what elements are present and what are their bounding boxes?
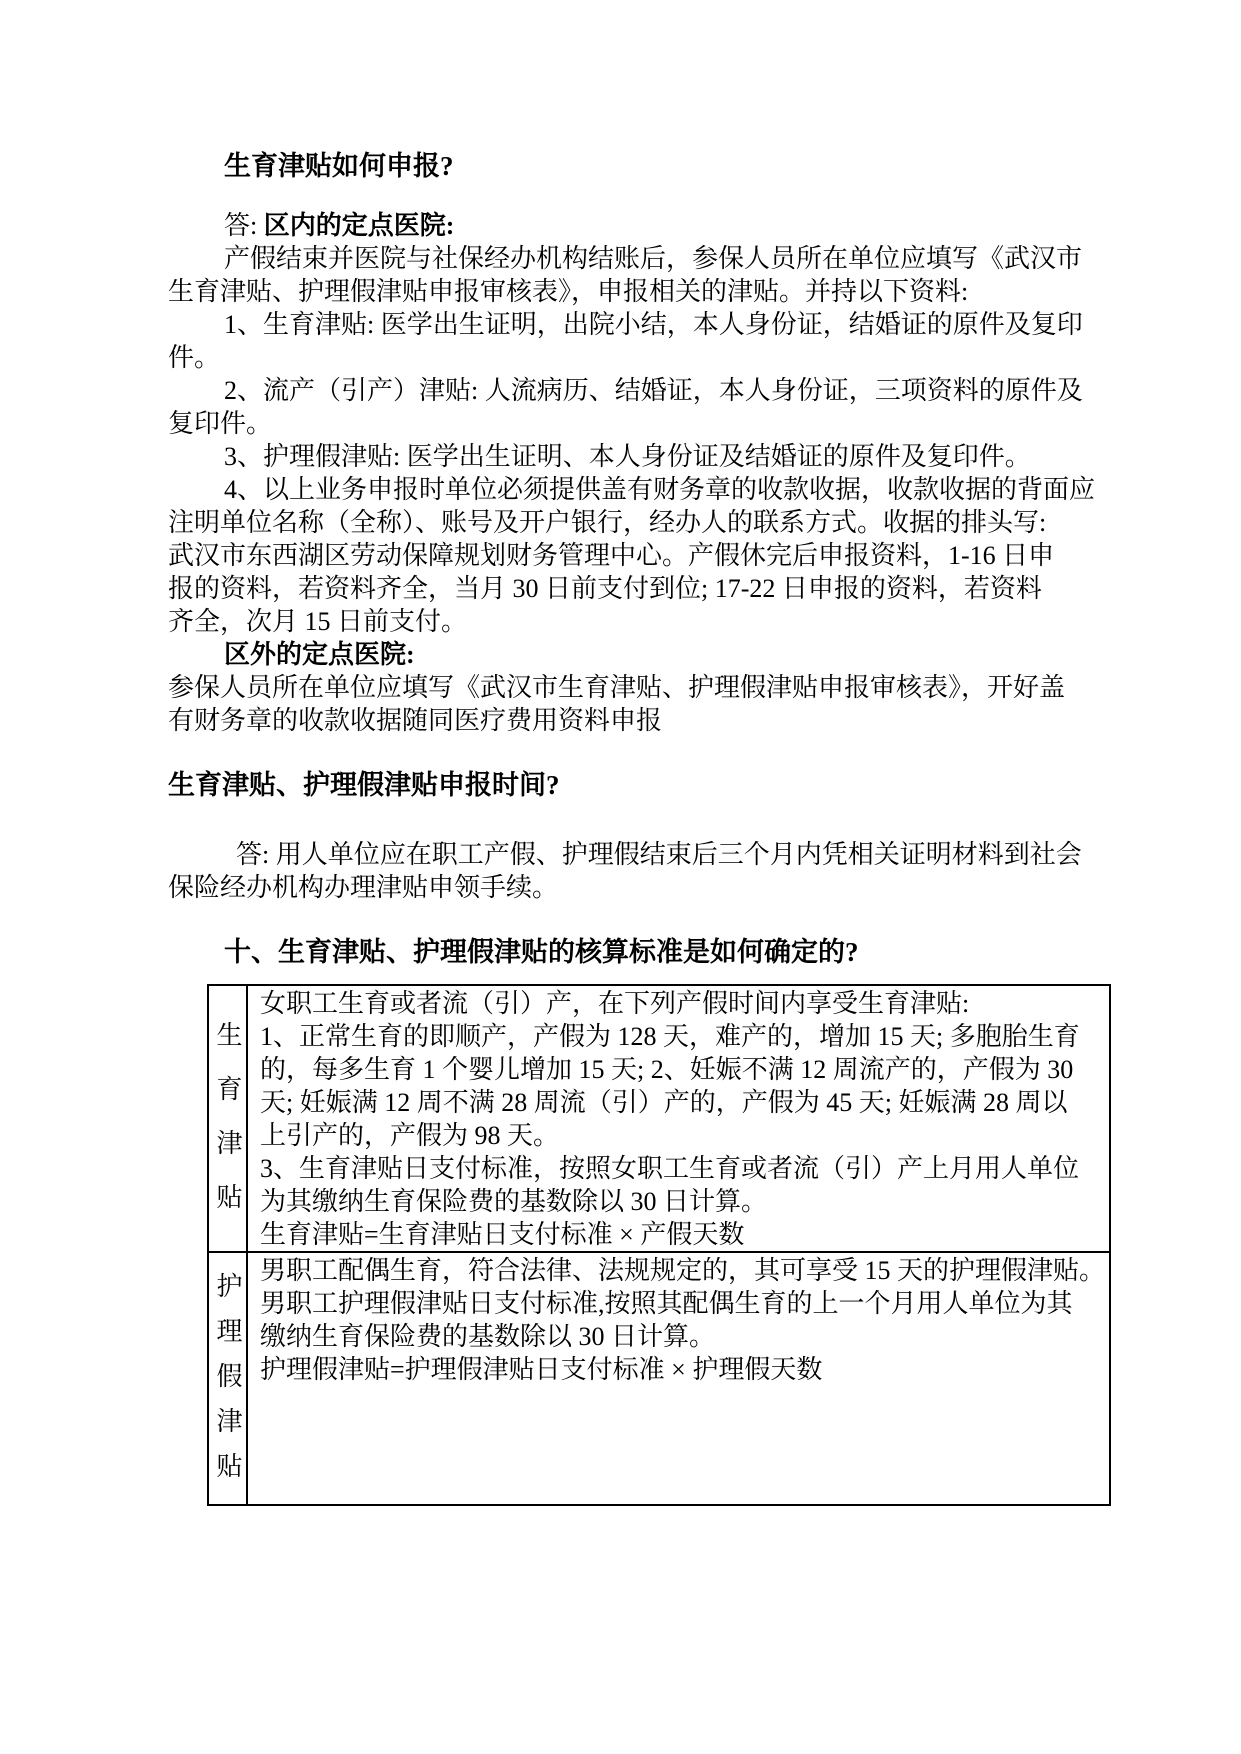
question1-answer-line: 答: 区内的定点医院: <box>168 209 1081 242</box>
inside-hospital-subtitle: 区内的定点医院: <box>264 211 455 240</box>
item4-line: 报的资料，若资料齐全，当月 30 日前支付到位; 17-22 日申报的资料，若资… <box>168 572 1081 605</box>
outside-paragraph-line: 有财务章的收款收据随同医疗费用资料申报 <box>168 704 1081 737</box>
answer-label: 答: <box>224 211 264 240</box>
table-line: 女职工生育或者流（引）产，在下列产假时间内享受生育津贴: <box>260 987 1105 1020</box>
maternity-allowance-row-header-text: 生育津贴 <box>209 1021 246 1237</box>
table-line: 天; 妊娠满 12 周不满 28 周流（引）产的，产假为 45 天; 妊娠满 2… <box>260 1086 1105 1119</box>
item4-line: 武汉市东西湖区劳动保障规划财务管理中心。产假休完后申报资料，1-16 日申 <box>168 539 1081 572</box>
paragraph-line: 产假结束并医院与社保经办机构结账后，参保人员所在单位应填写《武汉市 <box>168 242 1081 275</box>
item1-line: 件。 <box>168 341 1081 374</box>
question2-answer-line: 保险经办机构办理津贴申领手续。 <box>168 871 1081 904</box>
benefit-standards-table: 生育津贴 女职工生育或者流（引）产，在下列产假时间内享受生育津贴: 1、正常生育… <box>207 984 1111 1506</box>
question1-title: 生育津贴如何申报? <box>168 150 1081 183</box>
maternity-allowance-row-header: 生育津贴 <box>208 985 247 1252</box>
item2-line: 2、流产（引产）津贴: 人流病历、结婚证，本人身份证，三项资料的原件及 <box>168 374 1081 407</box>
table-line: 的，每多生育 1 个婴儿增加 15 天; 2、妊娠不满 12 周流产的，产假为 … <box>260 1053 1105 1086</box>
paternity-leave-allowance-row-header-text: 护理假津贴 <box>209 1272 246 1497</box>
paternity-leave-allowance-row: 护理假津贴 男职工配偶生育，符合法律、法规规定的，其可享受 15 天的护理假津贴… <box>208 1252 1110 1505</box>
paternity-leave-allowance-row-content: 男职工配偶生育，符合法律、法规规定的，其可享受 15 天的护理假津贴。 男职工护… <box>247 1252 1110 1505</box>
item1-line: 1、生育津贴: 医学出生证明，出院小结，本人身份证，结婚证的原件及复印 <box>168 308 1081 341</box>
paternity-leave-allowance-row-header: 护理假津贴 <box>208 1252 247 1505</box>
table-line: 男职工配偶生育，符合法律、法规规定的，其可享受 15 天的护理假津贴。 <box>260 1254 1105 1287</box>
table-line: 为其缴纳生育保险费的基数除以 30 日计算。 <box>260 1185 1105 1218</box>
question2-title: 生育津贴、护理假津贴申报时间? <box>168 769 1081 802</box>
table-line: 生育津贴=生育津贴日支付标准 × 产假天数 <box>260 1218 1105 1251</box>
table-line: 男职工护理假津贴日支付标准,按照其配偶生育的上一个月用人单位为其 <box>260 1287 1105 1320</box>
item3-line: 3、护理假津贴: 医学出生证明、本人身份证及结婚证的原件及复印件。 <box>168 440 1081 473</box>
question3-title: 十、生育津贴、护理假津贴的核算标准是如何确定的? <box>168 936 1081 969</box>
table-line: 上引产的，产假为 98 天。 <box>260 1119 1105 1152</box>
maternity-allowance-row: 生育津贴 女职工生育或者流（引）产，在下列产假时间内享受生育津贴: 1、正常生育… <box>208 985 1110 1252</box>
table-line: 1、正常生育的即顺产，产假为 128 天，难产的，增加 15 天; 多胞胎生育 <box>260 1020 1105 1053</box>
table-line: 缴纳生育保险费的基数除以 30 日计算。 <box>260 1320 1105 1353</box>
question2-answer-line: 答: 用人单位应在职工产假、护理假结束后三个月内凭相关证明材料到社会 <box>168 838 1081 871</box>
item4-line: 4、以上业务申报时单位必须提供盖有财务章的收款收据，收款收据的背面应 <box>168 473 1081 506</box>
outside-hospital-subtitle: 区外的定点医院: <box>168 638 1081 671</box>
item4-line: 注明单位名称（全称）、账号及开户银行，经办人的联系方式。收据的排头写: <box>168 506 1081 539</box>
item4-line: 齐全，次月 15 日前支付。 <box>168 605 1081 638</box>
outside-paragraph-line: 参保人员所在单位应填写《武汉市生育津贴、护理假津贴申报审核表》，开好盖 <box>168 671 1081 704</box>
document-content: 生育津贴如何申报? 答: 区内的定点医院: 产假结束并医院与社保经办机构结账后，… <box>0 0 1241 1506</box>
maternity-allowance-row-content: 女职工生育或者流（引）产，在下列产假时间内享受生育津贴: 1、正常生育的即顺产，… <box>247 985 1110 1252</box>
paragraph-line: 生育津贴、护理假津贴申报审核表》，申报相关的津贴。并持以下资料: <box>168 275 1081 308</box>
document-page: 生育津贴如何申报? 答: 区内的定点医院: 产假结束并医院与社保经办机构结账后，… <box>0 0 1241 1754</box>
item2-line: 复印件。 <box>168 407 1081 440</box>
table-line: 3、生育津贴日支付标准，按照女职工生育或者流（引）产上月用人单位 <box>260 1152 1105 1185</box>
table-line: 护理假津贴=护理假津贴日支付标准 × 护理假天数 <box>260 1353 1105 1386</box>
